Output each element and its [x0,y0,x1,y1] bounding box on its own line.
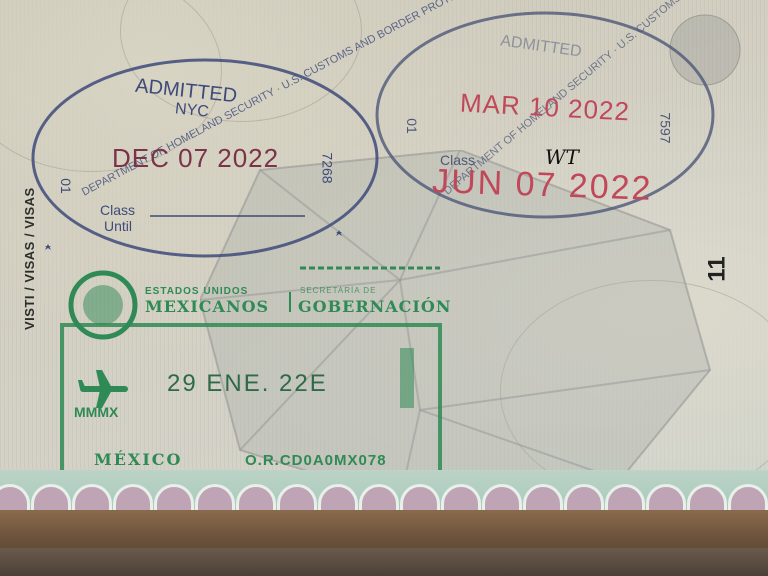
mexico-seal [71,273,135,337]
guilloche-arch [400,484,440,510]
guilloche-arch [236,484,276,510]
mexico-stamp-city: MÉXICO [94,450,182,469]
mexico-stamp-date: 29 ENE. 22E [167,370,328,398]
passport-page: DEPARTMENT OF HOMELAND SECURITY · U.S. C… [0,0,768,520]
guilloche-arch [687,484,727,510]
guilloche-arch [564,484,604,510]
mexico-stamp-airport-code: MMMX [74,404,118,420]
mexico-stamp-office-code: O.R.CD0A0MX078 [245,452,387,469]
guilloche-arch [646,484,686,510]
us-stamp-nyc-port: NYC [174,100,209,121]
airplane-icon [78,370,128,408]
visa-page-label: VISTI / VISAS / VISAS [22,187,37,330]
guilloche-arch [482,484,522,510]
guilloche-arch [441,484,481,510]
us-stamp-second-officer: 7597 [658,112,674,143]
guilloche-arch [31,484,71,510]
page-number: 11 [704,256,732,281]
guilloche-arch [72,484,112,510]
watermark-seal [670,15,740,85]
mexico-stamp-line1: ESTADOS UNIDOS [145,286,248,297]
guilloche-arch [523,484,563,510]
us-stamp-nyc-until-label: Until [104,218,132,234]
mexico-stamp-ministry2: GOBERNACIÓN [298,297,451,316]
passport-next-page-edge [0,548,768,576]
guilloche-arch [277,484,317,510]
us-stamp-nyc-station: 01 [58,178,74,194]
mexico-stamp-ministry1: SECRETARÍA DE [300,286,376,295]
us-stamp-nyc-date: DEC 07 2022 [112,143,279,174]
guilloche-arch [359,484,399,510]
guilloche-arch [195,484,235,510]
guilloche-border [0,470,768,510]
us-stamp-second-until-date: JUN 07 2022 [431,162,653,209]
guilloche-arch [154,484,194,510]
guilloche-arch [318,484,358,510]
us-stamp-nyc-officer: 7268 [320,152,336,183]
guilloche-arch [605,484,645,510]
guilloche-arch [728,484,768,510]
us-stamp-second-station: 01 [404,118,420,134]
us-stamp-nyc-class-label: Class [100,202,135,218]
guilloche-arch [113,484,153,510]
mexico-stamp-line2: MEXICANOS [145,297,269,316]
us-stamp-second-status: ADMITTED [499,32,582,61]
guilloche-arch [0,484,30,510]
us-stamp-second-date: MAR 10 2022 [459,88,630,128]
